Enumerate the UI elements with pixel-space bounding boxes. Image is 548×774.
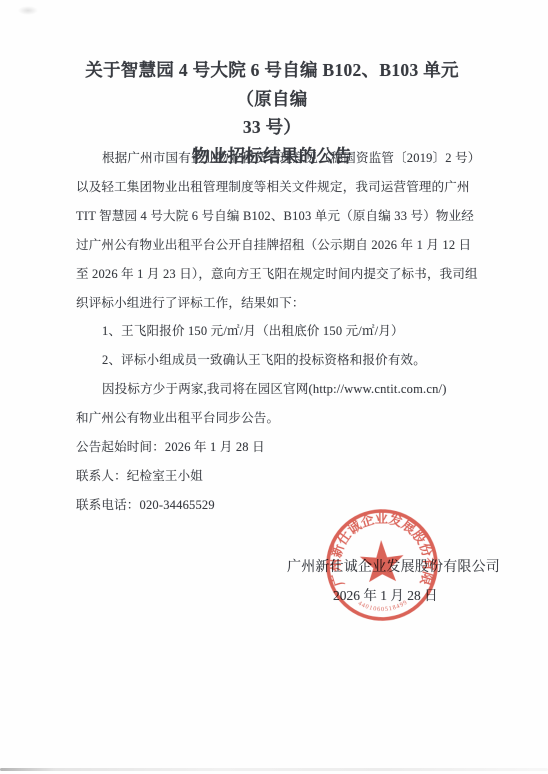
bid-result-item: 2、评标小组成员一致确认王飞阳的投标资格和报价有效。 <box>76 346 476 375</box>
body-line: 过广州公有物业出租平台公开自挂牌招租（公示期自 2026 年 1 月 12 日 <box>76 231 476 260</box>
company-seal-stamp: 广州新仕诚企业发展股份有限公司 4401060518499 <box>310 493 455 638</box>
body-line: 至 2026 年 1 月 23 日），意向方王飞阳在规定时间内提交了标书，我司组 <box>76 260 476 289</box>
body-line: 织评标小组进行了评标工作，结果如下： <box>76 289 476 318</box>
body-line: 因投标方少于两家,我司将在园区官网(http://www.cntit.com.c… <box>76 375 476 404</box>
document-title-line: 33 号） <box>76 113 468 142</box>
contact-person-line: 联系人：纪检室王小姐 <box>76 462 476 491</box>
body-line: 和广州公有物业出租平台同步公告。 <box>76 404 476 433</box>
announcement-start-date-line: 公告起始时间：2026 年 1 月 28 日 <box>76 433 476 462</box>
scan-artifact-top-left <box>18 6 38 15</box>
bid-result-item: 1、王飞阳报价 150 元/㎡/月（出租底价 150 元/㎡/月） <box>76 317 476 346</box>
scan-artifact-bottom <box>0 768 548 771</box>
document-page: 关于智慧园 4 号大院 6 号自编 B102、B103 单元（原自编 33 号）… <box>0 0 548 774</box>
seal-star-icon <box>359 539 404 582</box>
document-title-line: 关于智慧园 4 号大院 6 号自编 B102、B103 单元（原自编 <box>76 56 468 113</box>
body-line: TIT 智慧园 4 号大院 6 号自编 B102、B103 单元（原自编 33 … <box>76 202 476 231</box>
seal-serial-number: 4401060518499 <box>356 598 408 614</box>
body-line: 以及轻工集团物业出租管理制度等相关文件规定，我司运营管理的广州 <box>76 173 476 202</box>
document-body: 根据广州市国有企业物业租赁管理意见（穗国资监管〔2019〕2 号） 以及轻工集团… <box>76 144 476 520</box>
body-line: 根据广州市国有企业物业租赁管理意见（穗国资监管〔2019〕2 号） <box>76 144 476 173</box>
